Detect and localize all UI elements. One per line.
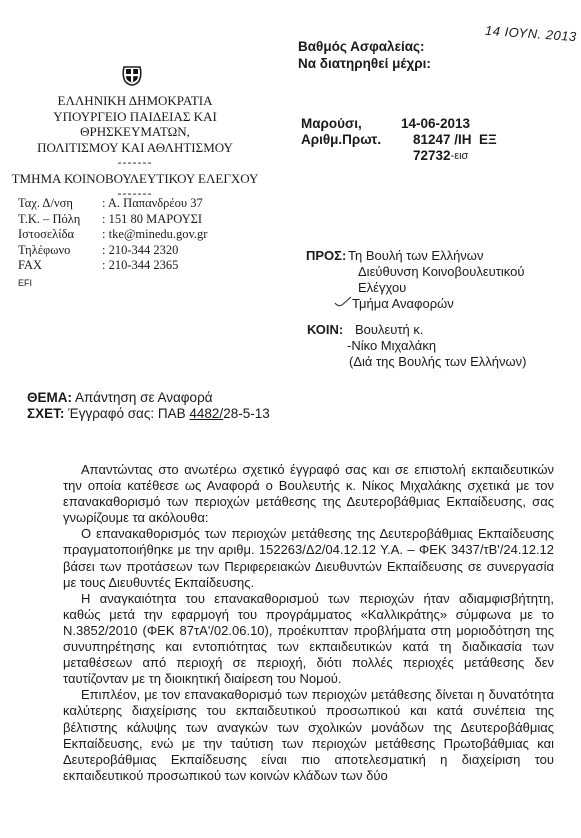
reference-label: ΣΧΕΤ: bbox=[27, 406, 64, 421]
contact-label: Ταχ. Δ/νση bbox=[18, 196, 102, 212]
contact-label: Τηλέφωνο bbox=[18, 243, 102, 259]
theme-value: Απάντηση σε Αναφορά bbox=[75, 390, 213, 405]
cc-line: -Νίκο Μιχαλάκη bbox=[307, 338, 526, 354]
spacer bbox=[301, 148, 413, 164]
contact-label: FAX bbox=[18, 258, 102, 274]
contact-row-address: Ταχ. Δ/νση : Α. Παπανδρέου 37 bbox=[18, 196, 207, 212]
recipients-cc: ΚΟΙΝ:Βουλευτή κ. -Νίκο Μιχαλάκη (Διά της… bbox=[307, 322, 526, 370]
protocol-in-suffix: -εισ bbox=[451, 148, 469, 164]
contact-value: : 210-344 2320 bbox=[102, 243, 178, 259]
ministry-name: ΥΠΟΥΡΓΕΙΟ ΠΑΙΔΕΙΑΣ ΚΑΙ ΘΡΗΣΚΕΥΜΑΤΩΝ, bbox=[6, 109, 264, 140]
separator: ------- bbox=[6, 155, 264, 171]
contact-row-fax: FAX : 210-344 2365 bbox=[18, 258, 207, 274]
date-protocol-block: Μαρούσι, 14-06-2013 Αριθμ.Πρωτ. 81247 /Ι… bbox=[301, 116, 497, 164]
classification-block: Βαθμός Ασφαλείας: Να διατηρηθεί μέχρι: bbox=[298, 38, 431, 72]
ministry-name-cont: ΠΟΛΙΤΙΣΜΟΥ ΚΑΙ ΑΘΛΗΤΙΣΜΟΥ bbox=[6, 140, 264, 156]
cc-line: Βουλευτή κ. bbox=[355, 322, 424, 337]
body-paragraph: Ο επανακαθορισμός των περιοχών μετάθεσης… bbox=[63, 526, 554, 590]
department-name: ΤΜΗΜΑ ΚΟΙΝΟΒΟΥΛΕΥΤΙΚΟΥ ΕΛΕΓΧΟΥ bbox=[6, 171, 264, 187]
contact-row-postcode: Τ.Κ. – Πόλη : 151 80 ΜΑΡΟΥΣΙ bbox=[18, 212, 207, 228]
contact-row-website: Ιστοσελίδα : tke@minedu.gov.gr bbox=[18, 227, 207, 243]
reference-prefix: Έγγραφό σας: ΠΑΒ bbox=[68, 406, 189, 421]
cc-line: (Διά της Βουλής των Ελλήνων) bbox=[307, 354, 526, 370]
contact-value: : 210-344 2365 bbox=[102, 258, 178, 274]
theme-row: ΘΕΜΑ: Απάντηση σε Αναφορά bbox=[27, 390, 270, 406]
to-line: Τη Βουλή των Ελλήνων bbox=[348, 248, 483, 263]
received-date-stamp: 14 ΙΟΥΝ. 2013 bbox=[485, 23, 578, 44]
theme-label: ΘΕΜΑ: bbox=[27, 390, 72, 405]
protocol-in-row: 72732-εισ bbox=[301, 148, 497, 164]
protocol-row: Αριθμ.Πρωτ. 81247 /ΙΗ ΕΞ bbox=[301, 132, 497, 148]
to-line: Διεύθυνση Κοινοβουλευτικού bbox=[306, 264, 524, 280]
contact-row-phone: Τηλέφωνο : 210-344 2320 bbox=[18, 243, 207, 259]
body-paragraph: Επιπλέον, με τον επανακαθορισμό των περι… bbox=[63, 687, 554, 784]
contact-label: Ιστοσελίδα bbox=[18, 227, 102, 243]
protocol-label: Αριθμ.Πρωτ. bbox=[301, 132, 413, 148]
contact-label: Τ.Κ. – Πόλη bbox=[18, 212, 102, 228]
ministry-header: ΕΛΛΗΝΙΚΗ ΔΗΜΟΚΡΑΤΙΑ ΥΠΟΥΡΓΕΙΟ ΠΑΙΔΕΙΑΣ Κ… bbox=[6, 93, 264, 202]
document-date: 14-06-2013 bbox=[401, 116, 470, 132]
to-line: Ελέγχου bbox=[306, 280, 524, 296]
country-name: ΕΛΛΗΝΙΚΗ ΔΗΜΟΚΡΑΤΙΑ bbox=[6, 93, 264, 109]
contact-value: : 151 80 ΜΑΡΟΥΣΙ bbox=[102, 212, 202, 228]
retention-label: Να διατηρηθεί μέχρι: bbox=[298, 55, 431, 72]
contact-value: : Α. Παπανδρέου 37 bbox=[102, 196, 203, 212]
date-row: Μαρούσι, 14-06-2013 bbox=[301, 116, 497, 132]
recipients-to: ΠΡΟΣ:Τη Βουλή των Ελλήνων Διεύθυνση Κοιν… bbox=[306, 248, 524, 312]
reference-number: 4482/ bbox=[189, 406, 223, 421]
body-paragraph: Η αναγκαιότητα του επανακαθορισμού των π… bbox=[63, 591, 554, 688]
protocol-in-number: 72732 bbox=[413, 148, 451, 164]
cc-label: ΚΟΙΝ: bbox=[307, 322, 355, 338]
place-label: Μαρούσι, bbox=[301, 116, 401, 132]
reference-date: 28-5-13 bbox=[223, 406, 270, 421]
handwritten-check-mark-icon bbox=[334, 296, 352, 312]
letter-body: Απαντώντας στο ανωτέρω σχετικό έγγραφό σ… bbox=[63, 462, 554, 784]
contact-value: : tke@minedu.gov.gr bbox=[102, 227, 207, 243]
contact-code: EFI bbox=[18, 276, 207, 292]
greek-coat-of-arms-icon bbox=[120, 63, 144, 87]
body-paragraph: Απαντώντας στο ανωτέρω σχετικό έγγραφό σ… bbox=[63, 462, 554, 526]
protocol-out-number: 81247 /ΙΗ ΕΞ bbox=[413, 132, 497, 148]
contact-details: Ταχ. Δ/νση : Α. Παπανδρέου 37 Τ.Κ. – Πόλ… bbox=[18, 196, 207, 291]
reference-row: ΣΧΕΤ: Έγγραφό σας: ΠΑΒ 4482/28-5-13 bbox=[27, 406, 270, 422]
subject-block: ΘΕΜΑ: Απάντηση σε Αναφορά ΣΧΕΤ: Έγγραφό … bbox=[27, 390, 270, 422]
security-level-label: Βαθμός Ασφαλείας: bbox=[298, 38, 431, 55]
to-label: ΠΡΟΣ: bbox=[306, 248, 348, 264]
